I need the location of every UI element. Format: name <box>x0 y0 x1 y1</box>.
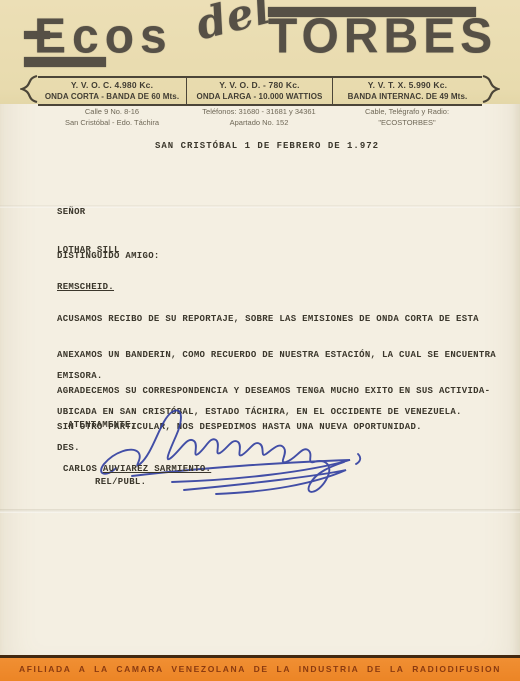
signer-role: REL/PUBL. <box>95 477 146 487</box>
international-band-name: BANDA INTERNAC. DE 49 Mts. <box>333 91 482 102</box>
dateline: SAN CRISTÓBAL 1 DE FEBRERO DE 1.972 <box>155 141 379 151</box>
logo-word-del: del <box>191 0 276 49</box>
band-column-shortwave: Y. V. O. C. 4.980 Kc. ONDA CORTA - BANDA… <box>38 78 186 104</box>
international-frequency: Y. V. T. X. 5.990 Kc. <box>333 80 482 91</box>
cable-name: "ECOSTORBES" <box>332 117 482 128</box>
band-column-international: Y. V. T. X. 5.990 Kc. BANDA INTERNAC. DE… <box>332 78 482 104</box>
letterhead-details: Calle 9 No. 8-16 San Cristóbal - Edo. Tá… <box>38 106 482 128</box>
handwritten-signature <box>86 400 376 510</box>
street-address: Calle 9 No. 8-16 <box>38 106 186 117</box>
signer-name: CARLOS AUVIAREZ SARMIENTO. <box>63 464 211 474</box>
recipient-salutation: SEÑOR <box>57 206 120 219</box>
telephones: Teléfonos: 31680 - 31681 y 34361 <box>186 106 332 117</box>
cable-detail: Cable, Telégrafo y Radio: "ECOSTORBES" <box>332 106 482 128</box>
logo-word-ecos: Ecos <box>34 8 173 64</box>
logo-word-torbes: TORBES <box>268 8 497 64</box>
shortwave-band-name: ONDA CORTA - BANDA DE 60 Mts. <box>38 91 186 102</box>
right-bracket-ornament <box>482 74 500 104</box>
band-column-longwave: Y. V. O. D. - 780 Kc. ONDA LARGA - 10.00… <box>186 78 332 104</box>
shortwave-frequency: Y. V. O. C. 4.980 Kc. <box>38 80 186 91</box>
longwave-band-name: ONDA LARGA - 10.000 WATTIOS <box>187 91 332 102</box>
signer-surname: AUVIAREZ SARMIENTO. <box>103 464 211 474</box>
phone-detail: Teléfonos: 31680 - 31681 y 34361 Apartad… <box>186 106 332 128</box>
station-logo: Ecos del TORBES <box>0 0 520 72</box>
scanned-letter-page: Ecos del TORBES Y. V. O. C. 4.980 Kc. ON… <box>0 0 520 681</box>
affiliation-banner: AFILIADA A LA CAMARA VENEZOLANA DE LA IN… <box>0 655 520 681</box>
cable-label: Cable, Telégrafo y Radio: <box>332 106 482 117</box>
po-box: Apartado No. 152 <box>186 117 332 128</box>
frequency-band-box: Y. V. O. C. 4.980 Kc. ONDA CORTA - BANDA… <box>38 76 482 106</box>
salutation: DISTINGUIDO AMIGO: <box>57 251 160 261</box>
signer-first-name: CARLOS <box>63 464 103 474</box>
left-bracket-ornament <box>20 74 38 104</box>
letterhead-band: Ecos del TORBES Y. V. O. C. 4.980 Kc. ON… <box>0 0 520 104</box>
address-detail: Calle 9 No. 8-16 San Cristóbal - Edo. Tá… <box>38 106 186 128</box>
affiliation-text: AFILIADA A LA CAMARA VENEZOLANA DE LA IN… <box>0 658 520 680</box>
longwave-frequency: Y. V. O. D. - 780 Kc. <box>187 80 332 91</box>
city-state: San Cristóbal - Edo. Táchira <box>38 117 186 128</box>
